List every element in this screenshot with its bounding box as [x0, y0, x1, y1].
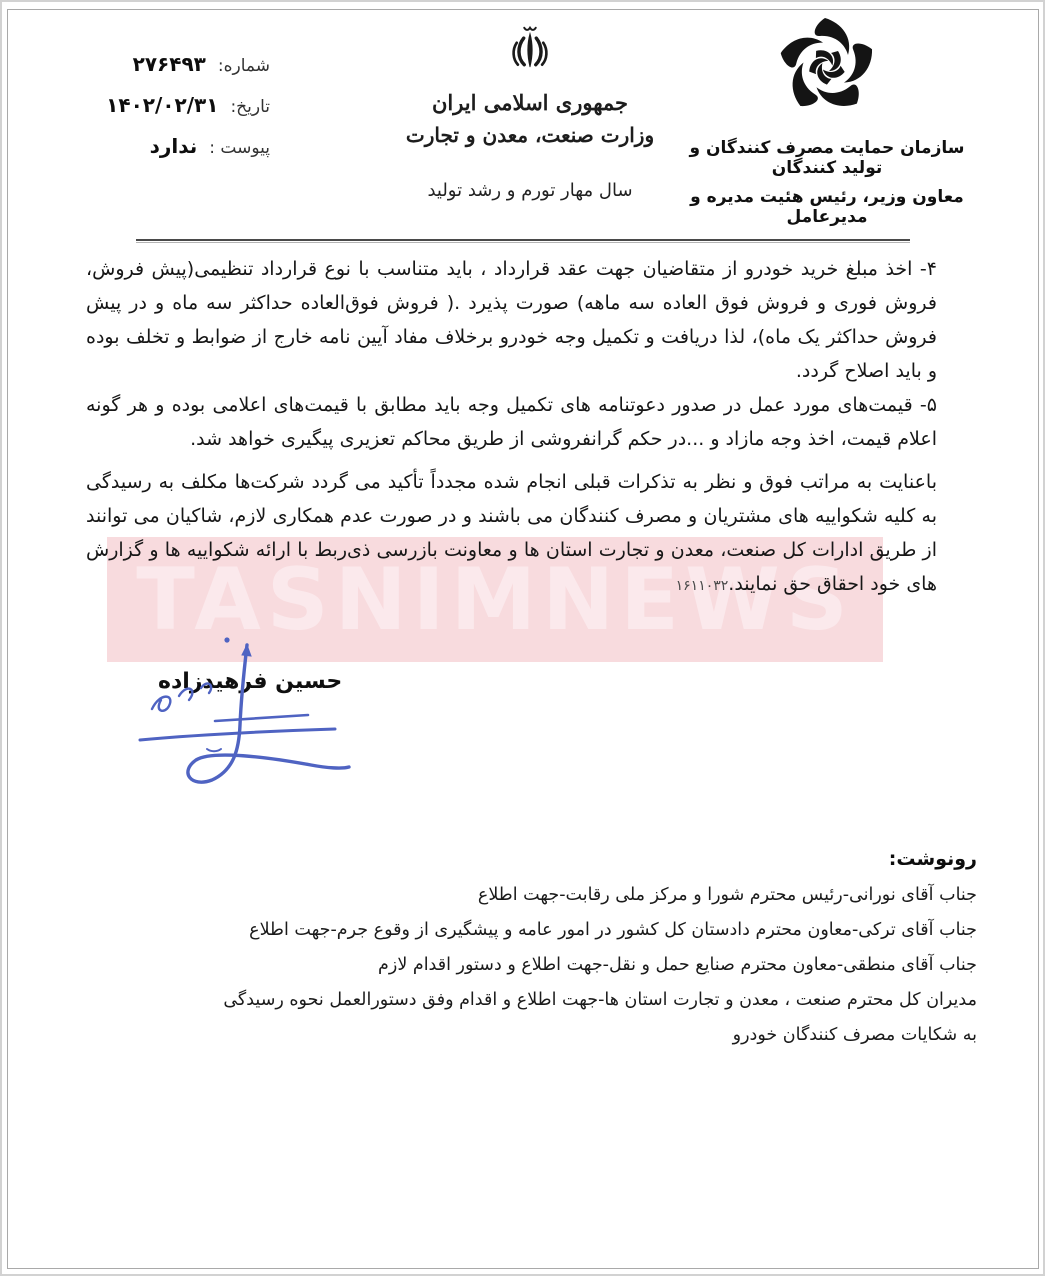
cc-item: مدیران کل محترم صنعت ، معدن و تجارت استا… — [217, 983, 977, 1053]
year-slogan: سال مهار تورم و رشد تولید — [385, 180, 675, 201]
organization-name: سازمان حمایت مصرف کنندگان و تولید کنندگا… — [672, 138, 982, 178]
typist-code: ۱۶۱۱۰۳۲ — [676, 578, 729, 594]
iran-national-emblem-icon — [501, 22, 559, 82]
letter-meta-block: شماره: ۲۷۶۴۹۳ تاریخ: ۱۴۰۲/۰۲/۳۱ پیوست : … — [55, 52, 270, 175]
issuer-ministry-line: وزارت صنعت، معدن و تجارت — [385, 123, 675, 147]
body-closing-paragraph: باعنایت به مراتب فوق و نظر به تذکرات قبل… — [86, 465, 937, 603]
letter-body: ۴- اخذ مبلغ خرید خودرو از متقاضیان جهت ع… — [86, 252, 937, 603]
cc-item: جناب آقای ترکی-معاون محترم دادستان کل کش… — [217, 913, 977, 948]
cc-title: رونوشت: — [217, 848, 977, 870]
body-paragraph-4: ۴- اخذ مبلغ خرید خودرو از متقاضیان جهت ع… — [86, 252, 937, 388]
issuer-right-block: سازمان حمایت مصرف کنندگان و تولید کنندگا… — [672, 14, 982, 227]
header-divider — [136, 239, 910, 243]
cc-item: جناب آقای نورانی-رئیس محترم شورا و مرکز … — [217, 878, 977, 913]
letter-attachment-label: پیوست : — [209, 138, 270, 158]
handwritten-signature-icon — [95, 629, 365, 804]
letter-number-row: شماره: ۲۷۶۴۹۳ — [55, 52, 270, 76]
letter-date-row: تاریخ: ۱۴۰۲/۰۲/۳۱ — [55, 93, 270, 117]
closing-text: باعنایت به مراتب فوق و نظر به تذکرات قبل… — [86, 471, 937, 595]
letter-date-value: ۱۴۰۲/۰۲/۳۱ — [106, 93, 218, 117]
issuer-center-block: جمهوری اسلامی ایران وزارت صنعت، معدن و ت… — [385, 22, 675, 147]
signer-position: معاون وزیر، رئیس هئیت مدیره و مدیرعامل — [672, 187, 982, 227]
letter-attachment-row: پیوست : ندارد — [55, 134, 270, 158]
letter-number-value: ۲۷۶۴۹۳ — [133, 52, 206, 76]
letter-attachment-value: ندارد — [150, 134, 198, 158]
cc-section: رونوشت: جناب آقای نورانی-رئیس محترم شورا… — [217, 848, 977, 1053]
letter-date-label: تاریخ: — [230, 97, 270, 117]
cc-item: جناب آقای منطقی-معاون محترم صنایع حمل و … — [217, 948, 977, 983]
body-paragraph-5: ۵- قیمت‌های مورد عمل در صدور دعوتنامه ها… — [86, 388, 937, 456]
issuer-country-line: جمهوری اسلامی ایران — [385, 90, 675, 115]
consumer-protection-organization-logo-icon — [775, 14, 879, 118]
letter-number-label: شماره: — [218, 56, 270, 76]
